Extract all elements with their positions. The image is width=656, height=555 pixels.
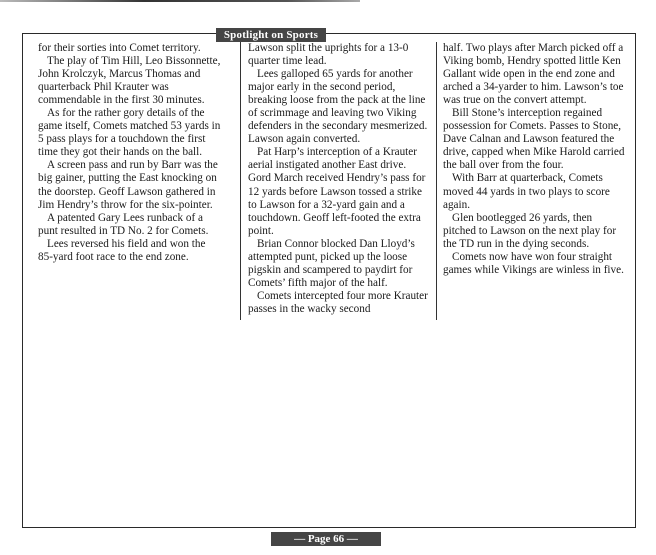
paragraph: Lees reversed his field and won the 85-y… bbox=[38, 238, 223, 264]
section-title-banner: Spotlight on Sports bbox=[216, 28, 326, 42]
paragraph: Comets now have won four straight games … bbox=[443, 251, 626, 277]
page-number-banner: — Page 66 — bbox=[271, 532, 381, 546]
paragraph: Bill Stone’s interception regained posse… bbox=[443, 107, 626, 172]
paragraph: Glen bootlegged 26 yards, then pitched t… bbox=[443, 212, 626, 251]
paragraph: Lees galloped 65 yards for another major… bbox=[248, 68, 431, 146]
paragraph: half. Two plays after March picked off a… bbox=[443, 42, 626, 107]
paragraph: Comets intercepted four more Krauter pas… bbox=[248, 290, 431, 316]
article-column-3: half. Two plays after March picked off a… bbox=[443, 42, 626, 277]
paragraph: With Barr at quarterback, Comets moved 4… bbox=[443, 172, 626, 211]
article-column-2: Lawson split the uprights for a 13-0 qua… bbox=[248, 42, 431, 316]
column-divider-2 bbox=[436, 42, 437, 320]
paragraph: As for the rather gory details of the ga… bbox=[38, 107, 223, 159]
paragraph: Lawson split the uprights for a 13-0 qua… bbox=[248, 42, 431, 68]
paragraph: A patented Gary Lees runback of a punt r… bbox=[38, 212, 223, 238]
paragraph: for their sorties into Comet territory. bbox=[38, 42, 223, 55]
column-divider-1 bbox=[240, 42, 241, 320]
paragraph: Brian Connor blocked Dan Lloyd’s attempt… bbox=[248, 238, 431, 290]
paragraph: The play of Tim Hill, Leo Bissonnette, J… bbox=[38, 55, 223, 107]
article-column-1: for their sorties into Comet territory. … bbox=[38, 42, 223, 264]
paragraph: A screen pass and run by Barr was the bi… bbox=[38, 159, 223, 211]
scan-top-edge-rule bbox=[0, 0, 360, 2]
paragraph: Pat Harp’s interception of a Krauter aer… bbox=[248, 146, 431, 237]
